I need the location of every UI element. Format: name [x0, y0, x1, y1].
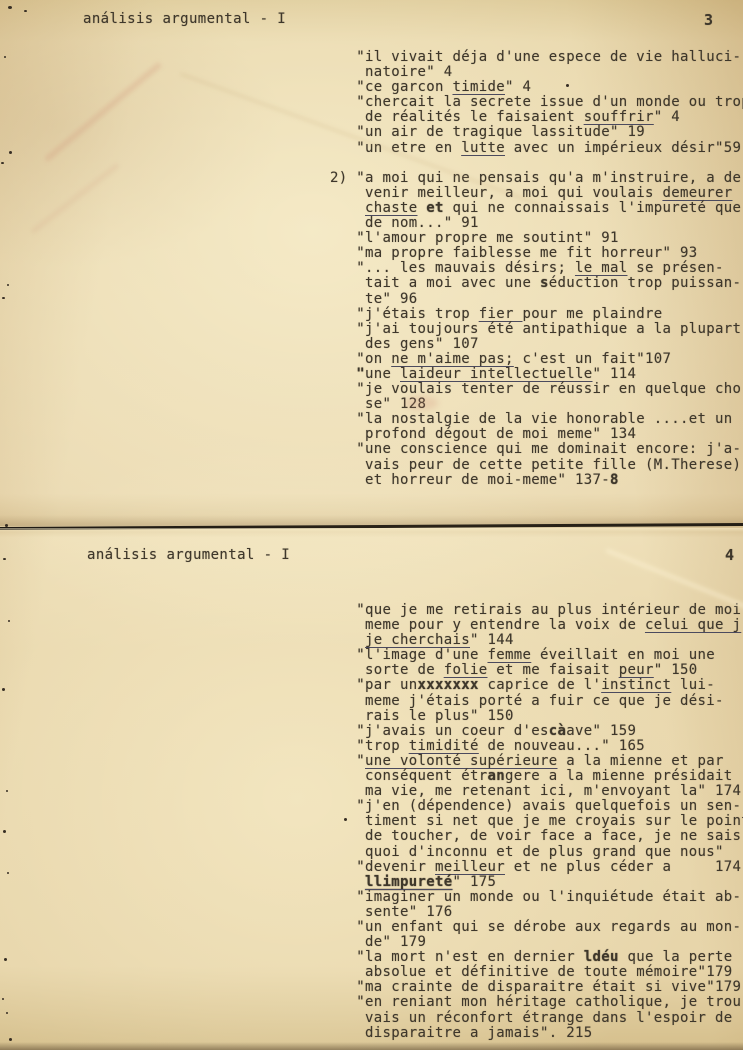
ink-speck [2, 688, 5, 691]
page-4-text-block: "que je me retirais au plus intérieur de… [330, 603, 743, 1041]
text-line: "devenir meilleur et ne plus céder a 174 [330, 860, 743, 875]
ink-speck [4, 958, 7, 961]
page-3-running-title: análisis argumental - I [83, 11, 286, 27]
text-line: des gens" 107 [330, 337, 743, 352]
text-line: tait a moi avec une séduction trop puiss… [330, 276, 743, 291]
ink-speck [7, 872, 9, 874]
ink-speck [1, 162, 4, 164]
text-line: "un enfant qui se dérobe aux regards au … [330, 920, 743, 935]
text-line: de nom..." 91 [330, 216, 743, 231]
ink-speck [8, 6, 12, 9]
text-line: "l'amour propre me soutint" 91 [330, 231, 743, 246]
text-line: ma vie, me retenant ici, m'envoyant la" … [330, 784, 743, 799]
text-line: et horreur de moi-meme" 137-8 [330, 473, 743, 488]
ink-speck [566, 84, 569, 87]
ink-speck [2, 998, 4, 1000]
ink-speck [24, 10, 27, 12]
ink-speck [8, 620, 10, 622]
text-line: "trop timidité de nouveau..." 165 [330, 739, 743, 754]
scan-bottom-edge [0, 1042, 743, 1050]
text-line: rais le plus" 150 [330, 709, 743, 724]
text-line: vais un réconfort étrange dans l'espoir … [330, 1011, 743, 1026]
page-3-sheet: análisis argumental - I 3 "il vivait déj… [0, 0, 743, 527]
text-line: natoire" 4 [330, 65, 743, 80]
text-line: meme j'étais porté a fuir ce que je dési… [330, 694, 743, 709]
page-3-number: 3 [704, 11, 713, 29]
text-line: 2) "a moi qui ne pensais qu'a m'instruir… [330, 171, 743, 186]
text-line: "il vivait déja d'une espece de vie hall… [330, 50, 743, 65]
text-line: "j'étais trop fier pour me plaindre [330, 307, 743, 322]
text-line: conséquent étrangere a la mienne présida… [330, 769, 743, 784]
ink-speck [4, 56, 6, 58]
page-4-running-title: análisis argumental - I [87, 547, 290, 563]
ink-speck [2, 297, 5, 299]
text-line: "j'ai toujours été antipathique a la plu… [330, 322, 743, 337]
ink-speck [3, 830, 6, 833]
text-line: "un air de tragique lassitude" 19 [330, 125, 743, 140]
text-line: te" 96 [330, 292, 743, 307]
text-line: quoi d'inconnu et de plus grand que nous… [330, 845, 743, 860]
text-line: "je voulais tenter de réussir en quelque… [330, 382, 743, 397]
page-4-sheet: análisis argumental - I 4 "que je me ret… [0, 527, 743, 1050]
text-line: "une laideur intellectuelle" 114 [330, 367, 743, 382]
text-line: venir meilleur, a moi qui voulais demeur… [330, 186, 743, 201]
text-line: llimpureté" 175 [330, 875, 743, 890]
ink-speck [344, 818, 347, 821]
text-line: "la mort n'est en dernier ldéu que la pe… [330, 950, 743, 965]
ink-speck [3, 558, 6, 560]
text-line: vais peur de cette petite fille (M.There… [330, 458, 743, 473]
page-3-text-block: "il vivait déja d'une espece de vie hall… [330, 50, 743, 488]
paper-stain [404, 396, 438, 410]
text-line [330, 156, 743, 171]
text-line: "une conscience qui me dominait encore: … [330, 442, 743, 457]
ink-speck [9, 151, 12, 154]
text-line: "on ne m'aime pas; c'est un fait"107 [330, 352, 743, 367]
text-line: "imaginer un monde ou l'inquiétude était… [330, 890, 743, 905]
text-line: "par unxxxxxxx caprice de l'instinct lui… [330, 678, 743, 693]
ink-speck [6, 790, 8, 792]
ink-speck [5, 524, 8, 527]
text-line: "en reniant mon héritage catholique, je … [330, 995, 743, 1010]
text-line: meme pour y entendre la voix de celui qu… [330, 618, 743, 633]
text-line: "que je me retirais au plus intérieur de… [330, 603, 743, 618]
page-4-number: 4 [725, 546, 734, 564]
text-line: disparaitre a jamais". 215 [330, 1026, 743, 1041]
text-line: "une volonté supérieure a la mienne et p… [330, 754, 743, 769]
ink-speck [9, 1038, 12, 1041]
ink-speck [6, 1012, 8, 1014]
text-line: "j'avais un coeur d'escàave" 159 [330, 724, 743, 739]
text-line: de toucher, de voir face a face, je ne s… [330, 829, 743, 844]
document-scan: análisis argumental - I 3 "il vivait déj… [0, 0, 743, 1050]
text-line: de" 179 [330, 935, 743, 950]
text-line: sente" 176 [330, 905, 743, 920]
text-line: se" 128 [330, 397, 743, 412]
ink-speck [7, 284, 9, 286]
